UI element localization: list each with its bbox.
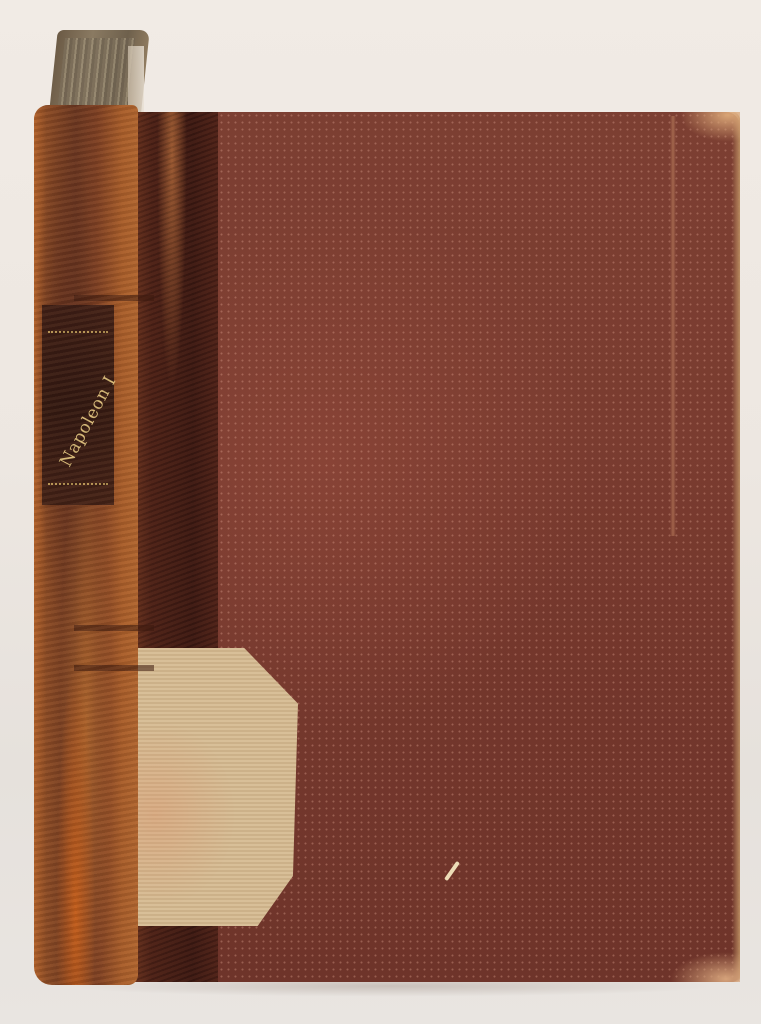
cloth-cover bbox=[218, 112, 740, 982]
cover-scratch-mark bbox=[444, 861, 460, 881]
paper-library-label bbox=[130, 648, 298, 926]
spine-raised-band bbox=[74, 295, 154, 301]
cover-fore-edge bbox=[732, 112, 740, 982]
spine-title: Napoleon I bbox=[56, 355, 130, 470]
corner-wear-top bbox=[680, 112, 740, 142]
corner-wear-bottom bbox=[670, 952, 740, 982]
book-spine: Napoleon I bbox=[34, 105, 138, 985]
book-photo: Napoleon I bbox=[0, 0, 761, 1024]
spine-raised-band bbox=[74, 665, 154, 671]
cover-crease bbox=[670, 116, 676, 536]
gilt-dotted-rule-top bbox=[48, 331, 108, 333]
spine-title-panel bbox=[42, 305, 114, 505]
gilt-dotted-rule-bottom bbox=[48, 483, 108, 485]
spine-raised-band bbox=[74, 625, 154, 631]
